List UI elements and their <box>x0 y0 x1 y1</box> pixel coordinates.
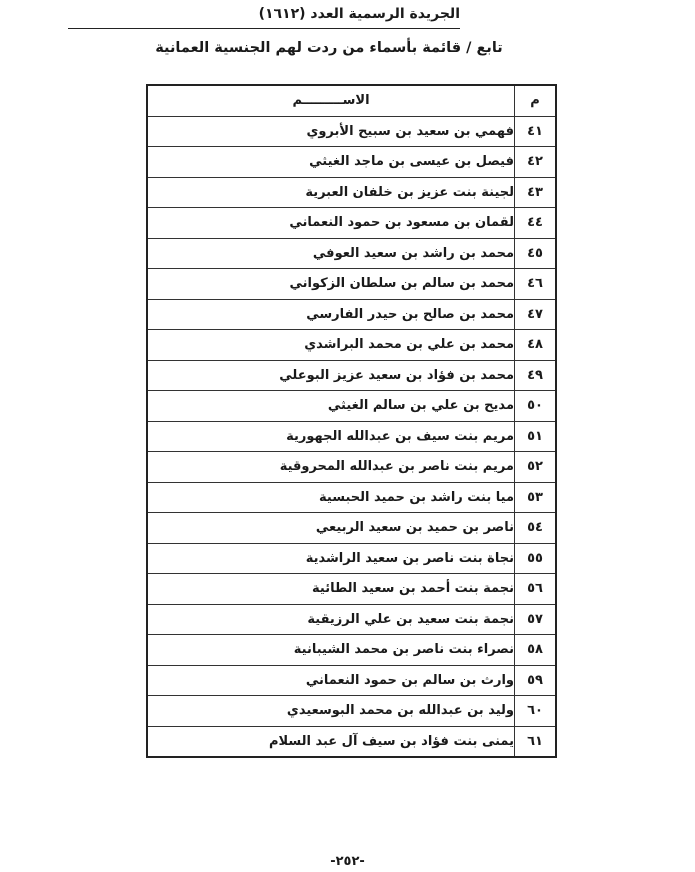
row-number: ٤٩ <box>515 360 557 391</box>
row-number: ٥٩ <box>515 665 557 696</box>
row-number: ٦١ <box>515 726 557 757</box>
table-row: ٤٦محمد بن سالم بن سلطان الزكواني <box>147 269 556 300</box>
table-row: ٦٠وليد بن عبدالله بن محمد البوسعيدي <box>147 696 556 727</box>
table-row: ٤٩محمد بن فؤاد بن سعيد عزيز البوعلي <box>147 360 556 391</box>
row-name: محمد بن راشد بن سعيد العوفي <box>147 238 515 269</box>
table-row: ٤٧محمد بن صالح بن حيدر الفارسي <box>147 299 556 330</box>
row-number: ٤٥ <box>515 238 557 269</box>
table-row: ٦١يمنى بنت فؤاد بن سيف آل عبد السلام <box>147 726 556 757</box>
row-name: يمنى بنت فؤاد بن سيف آل عبد السلام <box>147 726 515 757</box>
table-row: ٥٨نصراء بنت ناصر بن محمد الشيبانية <box>147 635 556 666</box>
row-number: ٤٦ <box>515 269 557 300</box>
row-number: ٤١ <box>515 116 557 147</box>
table-row: ٤٣لجينة بنت عزيز بن خلفان العبرية <box>147 177 556 208</box>
table-row: ٥٣ميا بنت راشد بن حميد الحبسية <box>147 482 556 513</box>
row-number: ٥٦ <box>515 574 557 605</box>
row-number: ٥٥ <box>515 543 557 574</box>
row-name: نجاة بنت ناصر بن سعيد الراشدية <box>147 543 515 574</box>
row-name: وليد بن عبدالله بن محمد البوسعيدي <box>147 696 515 727</box>
table-row: ٤٤لقمان بن مسعود بن حمود النعماني <box>147 208 556 239</box>
page-number: -٢٥٢- <box>0 854 695 869</box>
table-row: ٤٥محمد بن راشد بن سعيد العوفي <box>147 238 556 269</box>
table-row: ٥٦نجمة بنت أحمد بن سعيد الطائية <box>147 574 556 605</box>
row-name: مديح بن علي بن سالم الغيثي <box>147 391 515 422</box>
row-number: ٦٠ <box>515 696 557 727</box>
row-number: ٤٤ <box>515 208 557 239</box>
row-name: لقمان بن مسعود بن حمود النعماني <box>147 208 515 239</box>
row-number: ٥٤ <box>515 513 557 544</box>
table-row: ٥٢مريم بنت ناصر بن عبدالله المحروقية <box>147 452 556 483</box>
row-name: محمد بن علي بن محمد البراشدي <box>147 330 515 361</box>
header-divider <box>68 28 460 29</box>
table-row: ٤٢فيصل بن عيسى بن ماجد الغيثي <box>147 147 556 178</box>
table-row: ٥٠مديح بن علي بن سالم الغيثي <box>147 391 556 422</box>
table-row: ٥١مريم بنت سيف بن عبدالله الجهورية <box>147 421 556 452</box>
row-name: فيصل بن عيسى بن ماجد الغيثي <box>147 147 515 178</box>
names-table: م الاســـــــــم ٤١فهمي بن سعيد بن سبيح … <box>146 84 557 758</box>
row-number: ٥١ <box>515 421 557 452</box>
row-name: مريم بنت ناصر بن عبدالله المحروقية <box>147 452 515 483</box>
page-title: تابع / قائمة بأسماء من ردت لهم الجنسية ا… <box>150 40 508 56</box>
row-name: لجينة بنت عزيز بن خلفان العبرية <box>147 177 515 208</box>
row-number: ٤٢ <box>515 147 557 178</box>
table-row: ٥٩وارث بن سالم بن حمود النعماني <box>147 665 556 696</box>
row-name: محمد بن سالم بن سلطان الزكواني <box>147 269 515 300</box>
row-name: نصراء بنت ناصر بن محمد الشيبانية <box>147 635 515 666</box>
table-header-row: م الاســـــــــم <box>147 85 556 116</box>
row-name: محمد بن فؤاد بن سعيد عزيز البوعلي <box>147 360 515 391</box>
table-row: ٤٨محمد بن علي بن محمد البراشدي <box>147 330 556 361</box>
table-row: ٥٤ناصر بن حميد بن سعيد الربيعي <box>147 513 556 544</box>
table-row: ٥٧نجمة بنت سعيد بن علي الرزيقية <box>147 604 556 635</box>
row-number: ٥٨ <box>515 635 557 666</box>
row-name: وارث بن سالم بن حمود النعماني <box>147 665 515 696</box>
row-number: ٥٢ <box>515 452 557 483</box>
row-number: ٥٣ <box>515 482 557 513</box>
column-header-number: م <box>515 85 557 116</box>
row-name: ناصر بن حميد بن سعيد الربيعي <box>147 513 515 544</box>
running-head: الجريدة الرسمية العدد (١٦١٢) <box>68 6 460 22</box>
column-header-name: الاســـــــــم <box>147 85 515 116</box>
row-name: نجمة بنت سعيد بن علي الرزيقية <box>147 604 515 635</box>
row-number: ٥٠ <box>515 391 557 422</box>
row-name: نجمة بنت أحمد بن سعيد الطائية <box>147 574 515 605</box>
row-number: ٤٨ <box>515 330 557 361</box>
row-number: ٤٣ <box>515 177 557 208</box>
row-name: محمد بن صالح بن حيدر الفارسي <box>147 299 515 330</box>
table-row: ٤١فهمي بن سعيد بن سبيح الأبروي <box>147 116 556 147</box>
row-number: ٤٧ <box>515 299 557 330</box>
table-row: ٥٥نجاة بنت ناصر بن سعيد الراشدية <box>147 543 556 574</box>
row-name: ميا بنت راشد بن حميد الحبسية <box>147 482 515 513</box>
row-name: فهمي بن سعيد بن سبيح الأبروي <box>147 116 515 147</box>
row-name: مريم بنت سيف بن عبدالله الجهورية <box>147 421 515 452</box>
row-number: ٥٧ <box>515 604 557 635</box>
